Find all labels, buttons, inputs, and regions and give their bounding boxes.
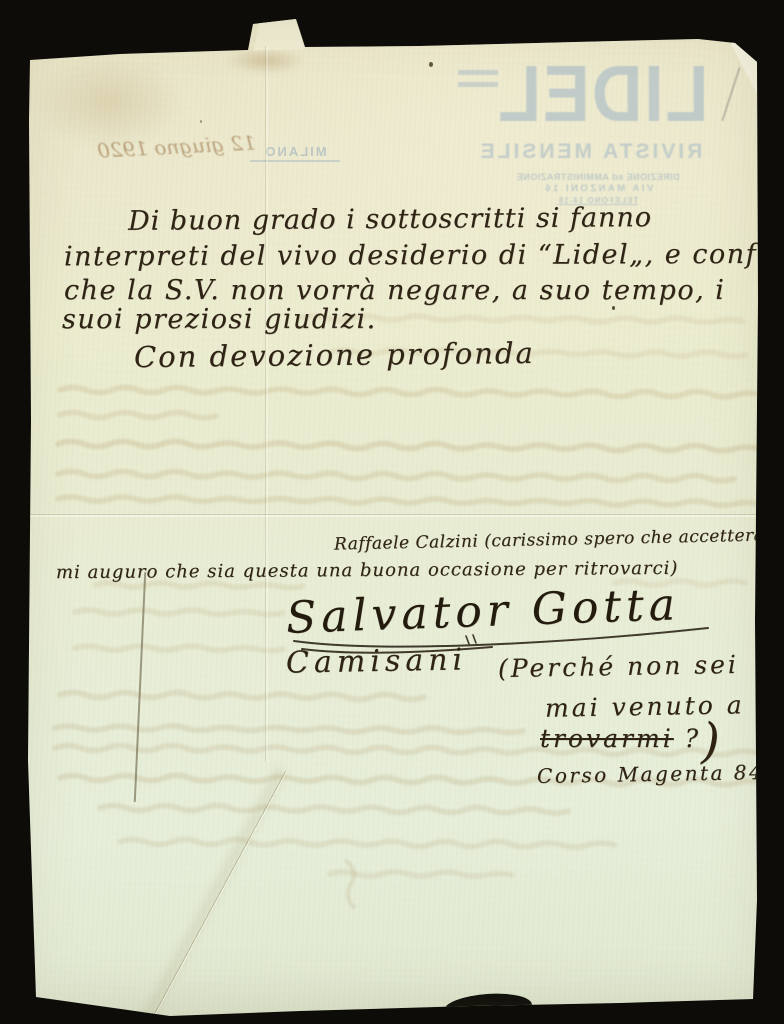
question-mark: ? — [685, 724, 701, 753]
signature-underline — [0, 0, 784, 1024]
camisani-note-line: trovarmi ?) — [540, 724, 723, 753]
camisani-note-line: (Perché non sei — [498, 650, 739, 683]
letter-paper: LIDEL RIVISTA MENSILE DIREZIONE ed AMMIN… — [0, 0, 784, 1024]
street-address-note: Corso Magenta 84 — [537, 760, 765, 788]
camisani-signature: Camisani — [286, 642, 468, 680]
scanned-letter: LIDEL RIVISTA MENSILE DIREZIONE ed AMMIN… — [0, 0, 784, 1024]
struck-word: trovarmi — [540, 724, 674, 753]
